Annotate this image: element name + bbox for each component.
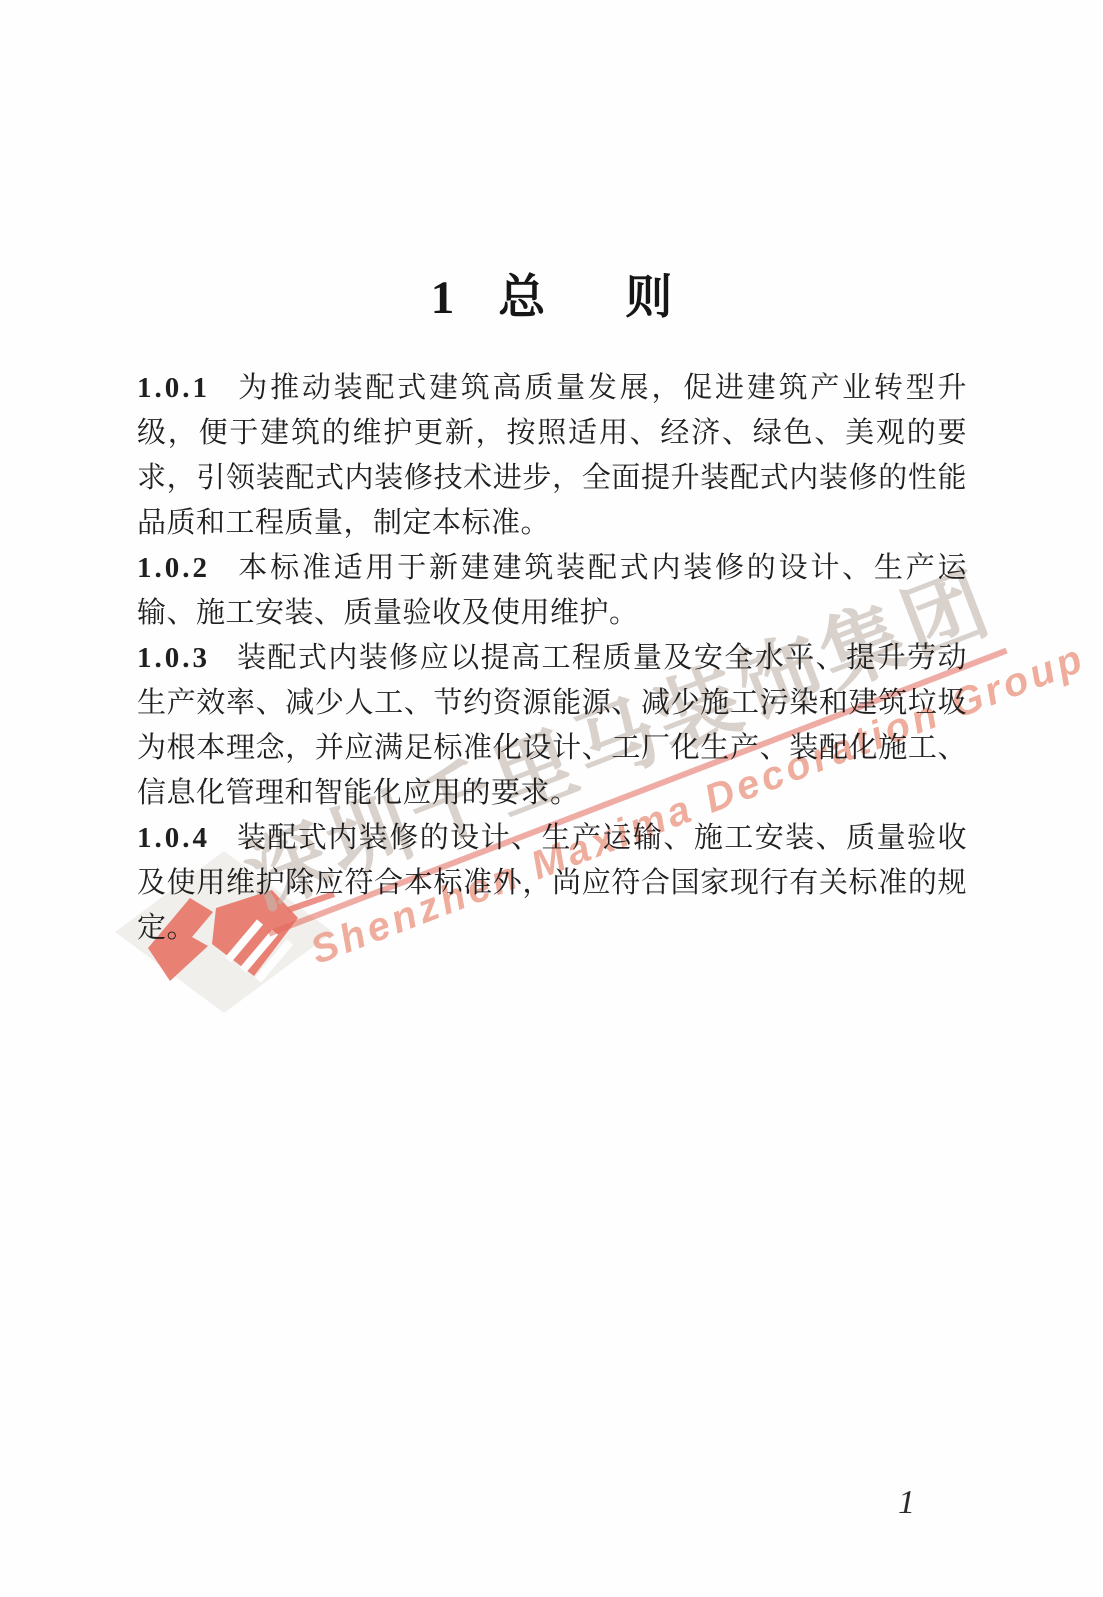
clause-number: 1.0.3 <box>137 642 210 674</box>
clause-number: 1.0.2 <box>137 552 210 584</box>
clause-1-0-1: 1.0.1为推动装配式建筑高质量发展，促进建筑产业转型升级，便于建筑的维护更新，… <box>137 366 967 546</box>
clause-number: 1.0.4 <box>137 822 210 854</box>
clause-1-0-4: 1.0.4装配式内装修的设计、生产运输、施工安装、质量验收及使用维护除应符合本标… <box>137 816 967 951</box>
chapter-number: 1 <box>431 272 455 324</box>
clause-number: 1.0.1 <box>137 372 210 404</box>
clause-1-0-2: 1.0.2本标准适用于新建建筑装配式内装修的设计、生产运输、施工安装、质量验收及… <box>137 546 967 636</box>
page-number: 1 <box>898 1484 915 1522</box>
clause-1-0-3: 1.0.3装配式内装修应以提高工程质量及安全水平、提升劳动生产效率、减少人工、节… <box>137 636 967 816</box>
chapter-title-word-1: 总 <box>498 272 545 324</box>
clause-text: 装配式内装修应以提高工程质量及安全水平、提升劳动生产效率、减少人工、节约资源能源… <box>137 642 967 809</box>
clause-text: 本标准适用于新建建筑装配式内装修的设计、生产运输、施工安装、质量验收及使用维护。 <box>137 552 967 629</box>
chapter-title: 1总则 <box>0 260 1103 327</box>
chapter-title-word-2: 则 <box>625 272 672 324</box>
document-page: 深圳千里马装饰集团 Shenzhen Maxima Decoration Gro… <box>0 0 1103 1597</box>
clause-list: 1.0.1为推动装配式建筑高质量发展，促进建筑产业转型升级，便于建筑的维护更新，… <box>137 366 967 951</box>
clause-text: 装配式内装修的设计、生产运输、施工安装、质量验收及使用维护除应符合本标准外，尚应… <box>137 822 967 944</box>
clause-text: 为推动装配式建筑高质量发展，促进建筑产业转型升级，便于建筑的维护更新，按照适用、… <box>137 372 967 539</box>
